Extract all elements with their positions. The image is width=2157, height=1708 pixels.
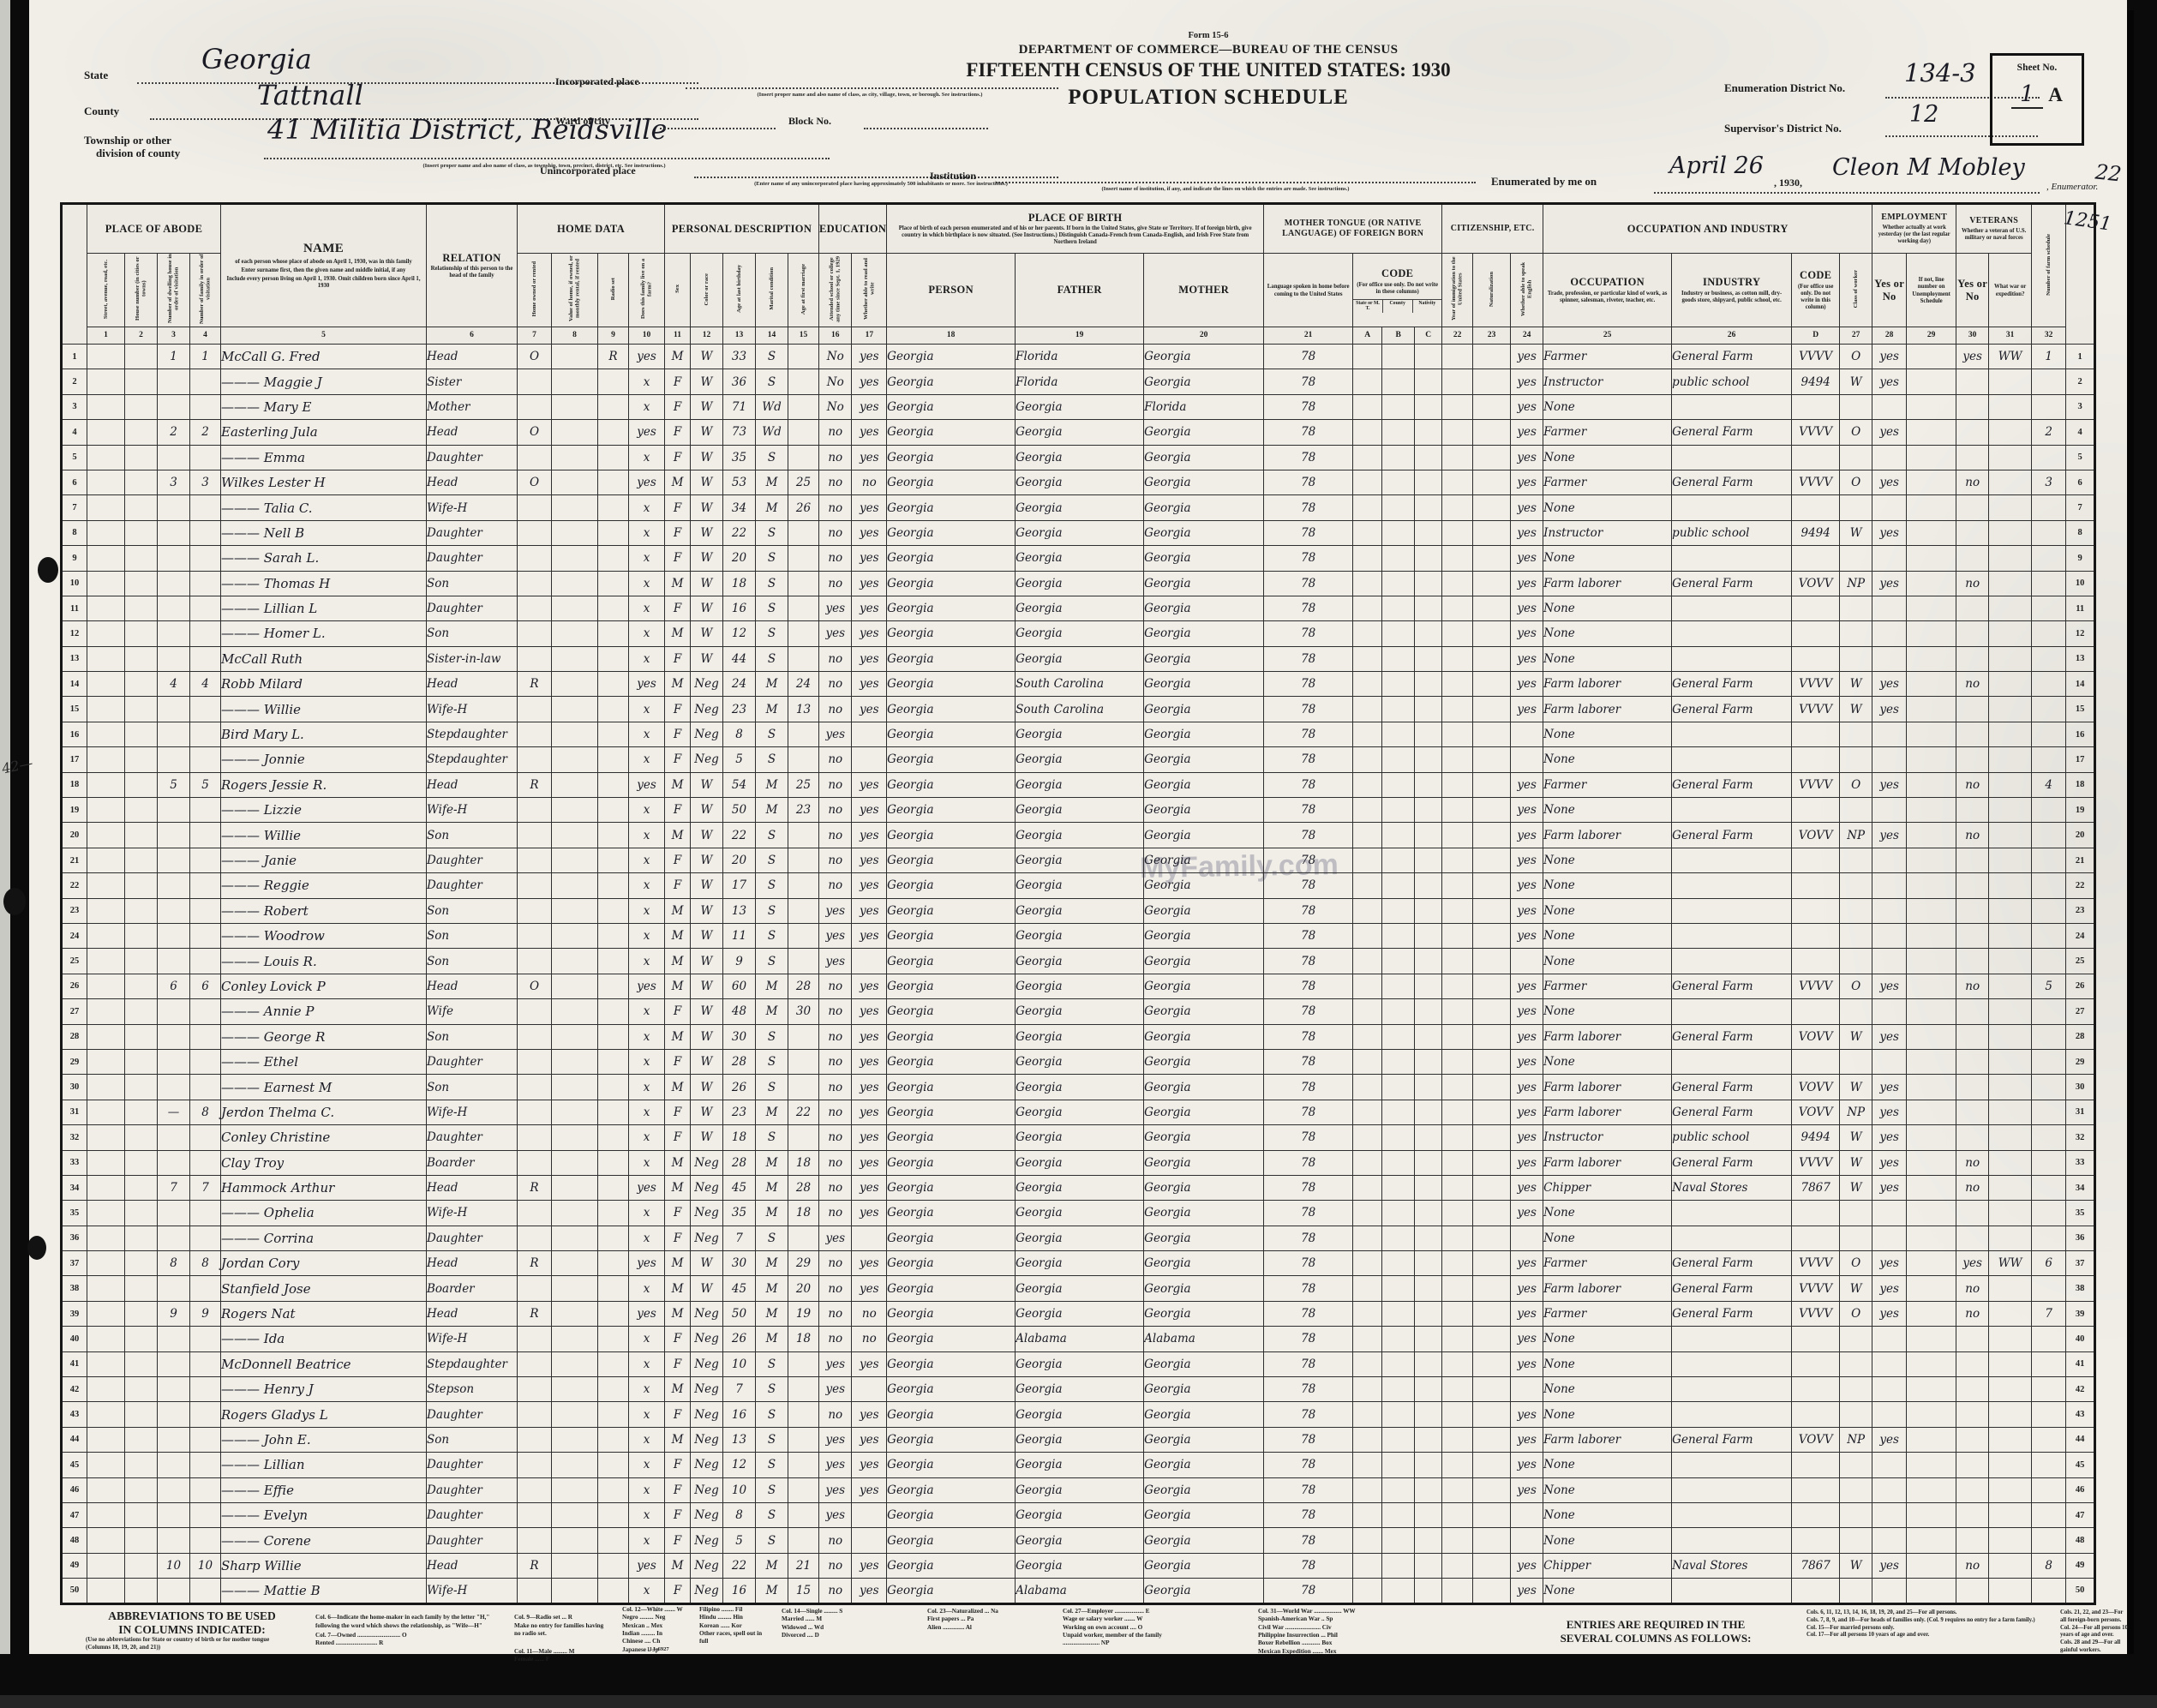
unincorporated-line [694, 177, 1058, 178]
cell-wr [1989, 621, 2032, 646]
cell-rc: W [691, 823, 723, 848]
table-row: 21——— JanieDaughterxFW20SnoyesGeorgiaGeo… [62, 848, 2095, 872]
cell-vt [1956, 1125, 1989, 1150]
cell-pf: Georgia [1016, 999, 1144, 1024]
cell-mr: M [756, 1150, 788, 1175]
cell-fm: x [629, 949, 665, 974]
cell-w9 [1907, 1201, 1956, 1226]
cell-f [190, 747, 221, 772]
cell-in [1672, 1226, 1792, 1250]
cell-in [1672, 747, 1792, 772]
cell-rc: W [691, 520, 723, 545]
cell-rw: yes [852, 798, 887, 823]
cell-rl: Wife-H [427, 697, 518, 722]
cell-nt [1473, 1201, 1511, 1226]
cell-f [190, 949, 221, 974]
cell-w8: yes [1872, 1150, 1907, 1175]
cell-en: yes [1511, 1100, 1543, 1124]
cell-d [158, 1075, 190, 1100]
cell-sc: No [819, 369, 852, 394]
cell-ow [518, 571, 552, 596]
cell-in [1672, 596, 1792, 620]
cell-ow [518, 898, 552, 923]
cell-yr [1442, 1024, 1473, 1049]
cell-fs [2032, 1226, 2066, 1250]
cell-sc: no [819, 772, 852, 797]
cell-w9 [1907, 873, 1956, 898]
col-4-header: Number of family in order of visitation [190, 254, 221, 327]
line-number: 42 [62, 1377, 87, 1402]
cell-nm: ——— Willie [221, 823, 427, 848]
cell-w8: yes [1872, 1301, 1907, 1326]
cell-hn [125, 445, 158, 470]
col-18-header: PERSON [887, 254, 1016, 327]
cell-nt [1473, 495, 1511, 520]
cell-pm: Georgia [1144, 923, 1264, 948]
cell-fm: yes [629, 1553, 665, 1578]
cell-vt: no [1956, 974, 1989, 998]
cell-pb: Georgia [887, 898, 1016, 923]
column-number: 20 [1144, 327, 1264, 345]
cell-vt [1956, 420, 1989, 445]
cell-cb [1382, 722, 1415, 746]
cell-cl [1840, 1327, 1872, 1351]
cell-lg: 78 [1264, 1251, 1353, 1276]
cell-rw: yes [852, 1075, 887, 1100]
footer-col9-text: Col. 9—Radio set ... R Make no entry for… [514, 1614, 610, 1638]
cell-hn [125, 369, 158, 394]
cell-oc: Farmer [1543, 470, 1672, 494]
cell-fm: x [629, 621, 665, 646]
cell-ow: R [518, 1175, 552, 1200]
cell-hn [125, 621, 158, 646]
cell-f [190, 1528, 221, 1553]
cell-mr: S [756, 571, 788, 596]
cell-f [190, 798, 221, 823]
table-row: 5——— EmmaDaughterxFW35SnoyesGeorgiaGeorg… [62, 445, 2095, 470]
cell-cc [1415, 1049, 1442, 1074]
cell-hn [125, 1553, 158, 1578]
cell-nm: ——— Earnest M [221, 1075, 427, 1100]
cell-sx: M [665, 1150, 691, 1175]
cell-w9 [1907, 1351, 1956, 1376]
line-number: 24 [62, 923, 87, 948]
table-row: 16Bird Mary L.StepdaughterxFNeg8SyesGeor… [62, 722, 2095, 746]
cell-cl [1840, 1477, 1872, 1502]
cell-cc [1415, 1201, 1442, 1226]
cell-am [788, 445, 819, 470]
cell-wr [1989, 546, 2032, 571]
cell-cl [1840, 999, 1872, 1024]
cell-pm: Georgia [1144, 722, 1264, 746]
cell-oc: Farmer [1543, 974, 1672, 998]
line-number: 34 [62, 1175, 87, 1200]
cell-vl [552, 470, 598, 494]
cell-pb: Georgia [887, 1226, 1016, 1250]
cell-ag: 24 [723, 672, 756, 697]
cell-rc: W [691, 470, 723, 494]
cell-yr [1442, 1251, 1473, 1276]
cell-en: yes [1511, 1477, 1543, 1502]
population-schedule-table: PLACE OF ABODENAMEof each person whose p… [60, 202, 2096, 1605]
cell-vt: yes [1956, 1251, 1989, 1276]
cell-in: public school [1672, 369, 1792, 394]
cell-sc: no [819, 546, 852, 571]
cell-yr [1442, 546, 1473, 571]
cell-cc [1415, 445, 1442, 470]
cell-lg: 78 [1264, 596, 1353, 620]
cell-in: General Farm [1672, 345, 1792, 369]
cell-w9 [1907, 1579, 1956, 1603]
cell-cb [1382, 999, 1415, 1024]
cell-nt [1473, 1553, 1511, 1578]
cell-nt [1473, 999, 1511, 1024]
cell-fs [2032, 798, 2066, 823]
cell-cl [1840, 621, 1872, 646]
cell-ow [518, 873, 552, 898]
cell-fm: x [629, 873, 665, 898]
cell-cc [1415, 1579, 1442, 1603]
cell-vt [1956, 1075, 1989, 1100]
cell-fm: x [629, 848, 665, 872]
cell-pm: Georgia [1144, 697, 1264, 722]
cell-fs [2032, 1125, 2066, 1150]
cell-ag: 26 [723, 1075, 756, 1100]
cell-d [158, 722, 190, 746]
cell-mr: Wd [756, 394, 788, 419]
col-1-header: Street, avenue, road, etc. [87, 254, 125, 327]
cell-nm: ——— Lillian L [221, 596, 427, 620]
line-number: 49 [62, 1553, 87, 1578]
cell-fm: x [629, 1502, 665, 1527]
cell-pb: Georgia [887, 873, 1016, 898]
cell-rd [598, 1100, 629, 1124]
cell-w8 [1872, 1502, 1907, 1527]
line-number: 39 [2066, 1301, 2095, 1326]
cell-am [788, 949, 819, 974]
cell-ow [518, 621, 552, 646]
cell-rc: Neg [691, 1427, 723, 1452]
cell-hn [125, 1377, 158, 1402]
cell-cl: W [1840, 697, 1872, 722]
cell-wr [1989, 923, 2032, 948]
footer-col12b: Filipino ........ Fil Hindu ......... Hi… [699, 1606, 772, 1646]
cell-nm: ——— Sarah L. [221, 546, 427, 571]
cell-sc: yes [819, 898, 852, 923]
cell-sx: M [665, 1251, 691, 1276]
table-row: 35——— OpheliaWife-HxFNeg35M18noyesGeorgi… [62, 1201, 2095, 1226]
cell-wr [1989, 898, 2032, 923]
cell-am [788, 1377, 819, 1402]
cell-pm: Georgia [1144, 898, 1264, 923]
footer-col14: Col. 14—Single ......... S Married .....… [782, 1608, 867, 1639]
cell-cl: W [1840, 672, 1872, 697]
cell-fs: 8 [2032, 1553, 2066, 1578]
cell-ca [1353, 571, 1382, 596]
cell-oc: Farmer [1543, 345, 1672, 369]
cell-ca [1353, 369, 1382, 394]
table-row: 38Stanfield JoseBoarderxMW45M20noyesGeor… [62, 1276, 2095, 1301]
line-number: 22 [2066, 873, 2095, 898]
cell-cb [1382, 369, 1415, 394]
cell-lg: 78 [1264, 873, 1353, 898]
cell-st [87, 546, 125, 571]
cell-rl: Head [427, 470, 518, 494]
cell-pf: Georgia [1016, 873, 1144, 898]
cell-ow: O [518, 470, 552, 494]
cell-vl [552, 1327, 598, 1351]
cell-d [158, 369, 190, 394]
cell-en: yes [1511, 1049, 1543, 1074]
cell-oc: None [1543, 798, 1672, 823]
cell-nt [1473, 596, 1511, 620]
cell-wr [1989, 1427, 2032, 1452]
cell-ag: 17 [723, 873, 756, 898]
cell-fs [2032, 1150, 2066, 1175]
cell-w9 [1907, 923, 1956, 948]
cell-pm: Georgia [1144, 1377, 1264, 1402]
cell-rd [598, 1175, 629, 1200]
cell-ow: R [518, 1553, 552, 1578]
cell-vt [1956, 621, 1989, 646]
cell-sc: no [819, 672, 852, 697]
cell-pf: Georgia [1016, 1301, 1144, 1326]
cell-lg: 78 [1264, 747, 1353, 772]
cell-rw: yes [852, 1049, 887, 1074]
cell-ag: 35 [723, 445, 756, 470]
cell-vt [1956, 1327, 1989, 1351]
cell-cc [1415, 495, 1442, 520]
cell-sc: yes [819, 621, 852, 646]
cell-st [87, 420, 125, 445]
cell-fm: x [629, 445, 665, 470]
cell-ag: 8 [723, 722, 756, 746]
cell-vt: yes [1956, 345, 1989, 369]
cell-mr: S [756, 949, 788, 974]
cell-fm: x [629, 571, 665, 596]
cell-ca [1353, 1100, 1382, 1124]
cell-vt [1956, 495, 1989, 520]
cell-en: yes [1511, 345, 1543, 369]
cell-yr [1442, 1301, 1473, 1326]
cell-ca [1353, 1226, 1382, 1250]
cell-ca [1353, 974, 1382, 998]
cell-sx: M [665, 1175, 691, 1200]
col-24-header: Whether able to speak English [1511, 254, 1543, 327]
line-number: 30 [62, 1075, 87, 1100]
cell-cl: NP [1840, 571, 1872, 596]
cell-w8: yes [1872, 470, 1907, 494]
column-number: 32 [2032, 327, 2066, 345]
cell-wr [1989, 1226, 2032, 1250]
cell-w8 [1872, 1453, 1907, 1477]
cell-cb [1382, 495, 1415, 520]
line-number: 46 [2066, 1477, 2095, 1502]
cell-pm: Georgia [1144, 1276, 1264, 1301]
cell-st [87, 1453, 125, 1477]
cell-ow: R [518, 1251, 552, 1276]
cell-vt [1956, 923, 1989, 948]
cell-rw: yes [852, 772, 887, 797]
cell-lg: 78 [1264, 697, 1353, 722]
line-number: 7 [62, 495, 87, 520]
line-number: 7 [2066, 495, 2095, 520]
cell-vt [1956, 873, 1989, 898]
line-number: 42 [2066, 1377, 2095, 1402]
cell-w8 [1872, 646, 1907, 671]
line-number: 2 [2066, 369, 2095, 394]
cell-rc: Neg [691, 1579, 723, 1603]
cell-cd [1792, 898, 1840, 923]
cell-rd [598, 848, 629, 872]
cell-rd [598, 1226, 629, 1250]
cell-nt [1473, 1125, 1511, 1150]
cell-cl [1840, 546, 1872, 571]
cell-d [158, 1201, 190, 1226]
cell-cd: 9494 [1792, 1125, 1840, 1150]
cell-rl: Head [427, 1251, 518, 1276]
cell-cc [1415, 1150, 1442, 1175]
cell-sc: no [819, 697, 852, 722]
cell-d [158, 873, 190, 898]
line-number: 1 [62, 345, 87, 369]
line-number: 16 [2066, 722, 2095, 746]
cell-ag: 26 [723, 1327, 756, 1351]
cell-hn [125, 1049, 158, 1074]
cell-hn [125, 470, 158, 494]
cell-cd: VVVV [1792, 420, 1840, 445]
cell-cl: O [1840, 974, 1872, 998]
cell-pb: Georgia [887, 672, 1016, 697]
cell-cc [1415, 898, 1442, 923]
cell-am [788, 1453, 819, 1477]
cell-fm: x [629, 1125, 665, 1150]
cell-yr [1442, 1477, 1473, 1502]
cell-cc [1415, 345, 1442, 369]
cell-cl [1840, 1226, 1872, 1250]
sd-label: Supervisor's District No. [1724, 122, 1842, 135]
cell-rc: Neg [691, 1553, 723, 1578]
cell-rl: Daughter [427, 445, 518, 470]
table-row: 12——— Homer L.SonxMW12SyesyesGeorgiaGeor… [62, 621, 2095, 646]
cell-am: 18 [788, 1201, 819, 1226]
table-row: 45——— LillianDaughterxFNeg12SyesyesGeorg… [62, 1453, 2095, 1477]
cell-wr [1989, 1125, 2032, 1150]
cell-fm: yes [629, 974, 665, 998]
cell-ag: 50 [723, 1301, 756, 1326]
cell-sx: F [665, 1579, 691, 1603]
cell-yr [1442, 772, 1473, 797]
cell-lg: 78 [1264, 1477, 1353, 1502]
cell-fs [2032, 1175, 2066, 1200]
cell-yr [1442, 369, 1473, 394]
cell-st [87, 1251, 125, 1276]
cell-st [87, 1150, 125, 1175]
cell-rw: yes [852, 1251, 887, 1276]
cell-oc: Instructor [1543, 520, 1672, 545]
column-number: 3 [158, 327, 190, 345]
cell-sx: M [665, 974, 691, 998]
cell-f [190, 999, 221, 1024]
cell-rd [598, 949, 629, 974]
cell-fm: x [629, 798, 665, 823]
cell-hn [125, 1528, 158, 1553]
cell-sc: no [819, 1579, 852, 1603]
cell-fm: yes [629, 345, 665, 369]
cell-ag: 22 [723, 1553, 756, 1578]
cell-oc: None [1543, 999, 1672, 1024]
column-number: A [1353, 327, 1382, 345]
cell-wr [1989, 420, 2032, 445]
cell-in [1672, 873, 1792, 898]
cell-f: 4 [190, 672, 221, 697]
cell-rw: yes [852, 520, 887, 545]
cell-oc: None [1543, 596, 1672, 620]
table-row: 44——— John E.SonxMNeg13SyesyesGeorgiaGeo… [62, 1427, 2095, 1452]
cell-cd: 9494 [1792, 520, 1840, 545]
cell-oc: Farmer [1543, 420, 1672, 445]
cell-yr [1442, 596, 1473, 620]
cell-nm: Easterling Jula [221, 420, 427, 445]
cell-am: 25 [788, 470, 819, 494]
cell-ca [1353, 722, 1382, 746]
cell-d: 9 [158, 1301, 190, 1326]
cell-yr [1442, 1125, 1473, 1150]
cell-wr [1989, 823, 2032, 848]
cell-w9 [1907, 1453, 1956, 1477]
cell-cc [1415, 571, 1442, 596]
cell-ca [1353, 1301, 1382, 1326]
line-number: 11 [62, 596, 87, 620]
cell-pf: Georgia [1016, 470, 1144, 494]
cell-pb: Georgia [887, 1049, 1016, 1074]
cell-hn [125, 1125, 158, 1150]
col-23-header: Naturalization [1473, 254, 1511, 327]
cell-sx: F [665, 495, 691, 520]
cell-fm: x [629, 1579, 665, 1603]
cell-pf: Georgia [1016, 646, 1144, 671]
cell-cb [1382, 1100, 1415, 1124]
cell-w8: yes [1872, 772, 1907, 797]
table-row: 20——— WillieSonxMW22SnoyesGeorgiaGeorgia… [62, 823, 2095, 848]
cell-am [788, 1075, 819, 1100]
cell-wr: WW [1989, 345, 2032, 369]
cell-d [158, 747, 190, 772]
cell-hn [125, 1502, 158, 1527]
cell-cd [1792, 546, 1840, 571]
cell-vl [552, 722, 598, 746]
cell-cl [1840, 646, 1872, 671]
cell-rl: Sister-in-law [427, 646, 518, 671]
cell-d [158, 697, 190, 722]
cell-fs [2032, 621, 2066, 646]
cell-cd [1792, 1579, 1840, 1603]
cell-vt [1956, 1579, 1989, 1603]
cell-rc: Neg [691, 1201, 723, 1226]
cell-pb: Georgia [887, 1075, 1016, 1100]
cell-f [190, 1226, 221, 1250]
cell-rd [598, 394, 629, 419]
line-number: 30 [2066, 1075, 2095, 1100]
group-mother-tongue: MOTHER TONGUE (OR NATIVE LANGUAGE) OF FO… [1264, 204, 1442, 254]
cell-rd [598, 974, 629, 998]
cell-rl: Stepdaughter [427, 1351, 518, 1376]
cell-pb: Georgia [887, 1427, 1016, 1452]
cell-fs [2032, 1402, 2066, 1427]
cell-mr: S [756, 722, 788, 746]
cell-in [1672, 848, 1792, 872]
cell-cb [1382, 596, 1415, 620]
